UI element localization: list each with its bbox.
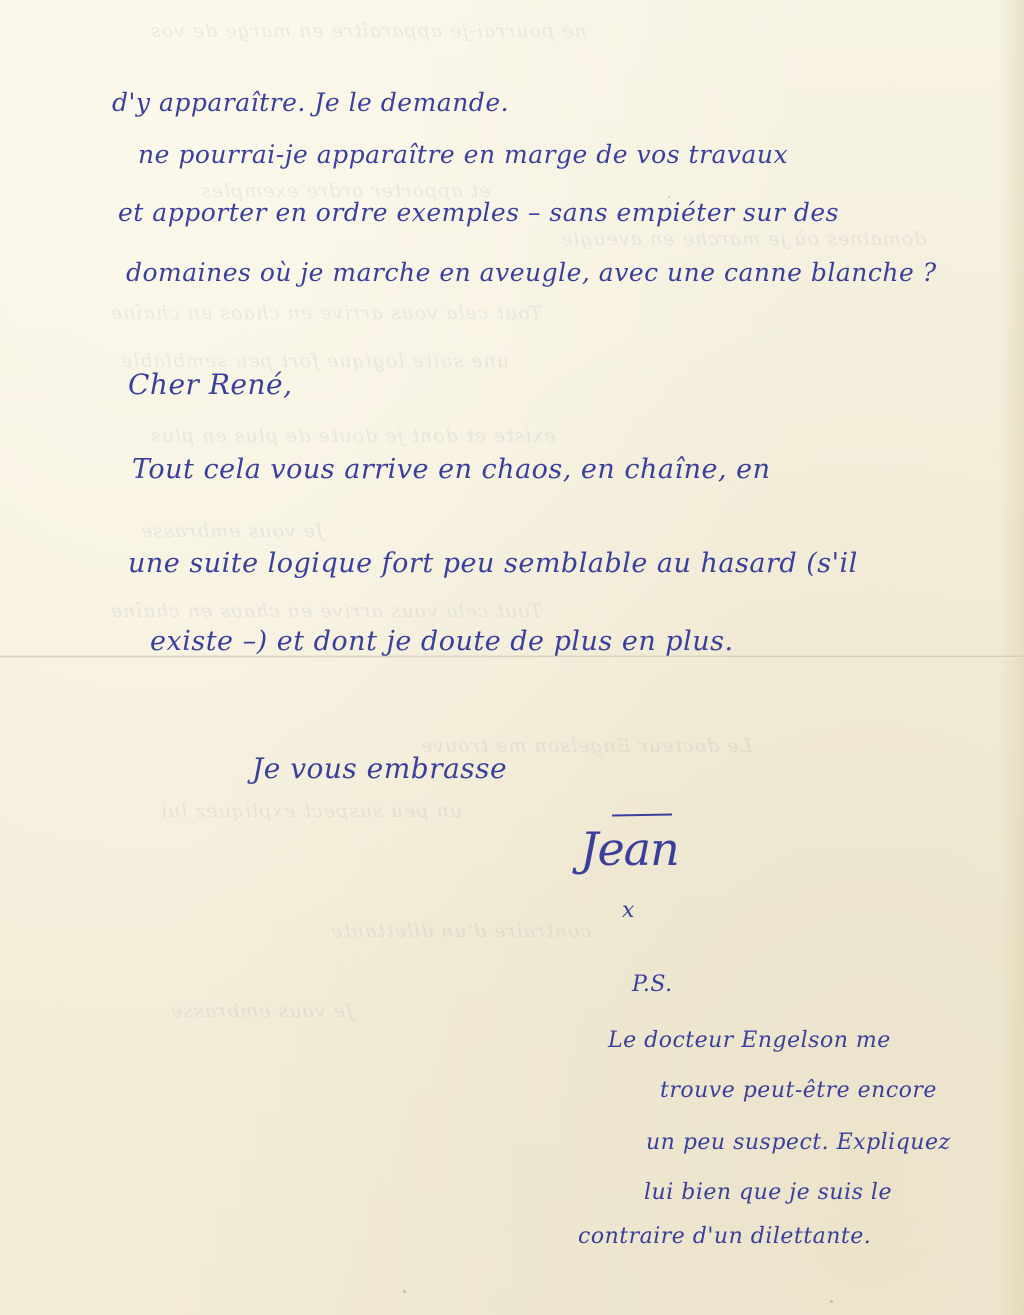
bleed-through-line: domaines où je marche en aveugle [560, 228, 926, 250]
postscript-line: contraire d'un dilettante. [578, 1224, 871, 1249]
continuation-line: domaines où je marche en aveugle, avec u… [126, 258, 937, 287]
bleed-through-line: ne pourrai-je apparaître en marge de vos [150, 20, 587, 42]
bleed-through-line: Je vous embrasse [140, 520, 324, 542]
bleed-through-line: existe et dont je doute de plus en plus [150, 425, 556, 447]
continuation-line: et apporter en ordre exemples – sans emp… [118, 198, 839, 227]
postscript-line: un peu suspect. Expliquez [646, 1130, 951, 1155]
continuation-line: ne pourrai-je apparaître en marge de vos… [138, 140, 788, 169]
continuation-line: d'y apparaître. Je le demande. [112, 88, 509, 117]
body-line: Tout cela vous arrive en chaos, en chaîn… [132, 454, 771, 485]
postscript-line: lui bien que je suis le [644, 1180, 892, 1205]
bleed-through-line: Je vous embrasse [170, 1000, 354, 1022]
paper-speck [403, 1290, 406, 1293]
paper-speck [830, 1300, 833, 1303]
postscript-line: Le docteur Engelson me [608, 1028, 891, 1053]
bleed-through-line: contraire d'un dilettante [330, 920, 591, 942]
bleed-through-line: un peu suspect expliquez lui [160, 800, 462, 822]
bleed-through-line: Tout cela vous arrive en chaos en chaîne [110, 600, 542, 622]
signature: Jean [580, 822, 679, 876]
salutation: Cher René, [128, 368, 292, 401]
postscript-line: trouve peut-être encore [660, 1078, 937, 1103]
body-line: existe –) et dont je doute de plus en pl… [150, 626, 734, 657]
closing: Je vous embrasse [252, 752, 507, 785]
body-line: une suite logique fort peu semblable au … [128, 548, 858, 579]
signature-mark: x [622, 898, 635, 923]
bleed-through-line: Tout cela vous arrive en chaos en chaîne [110, 302, 542, 324]
postscript-label: P.S. [632, 972, 673, 997]
